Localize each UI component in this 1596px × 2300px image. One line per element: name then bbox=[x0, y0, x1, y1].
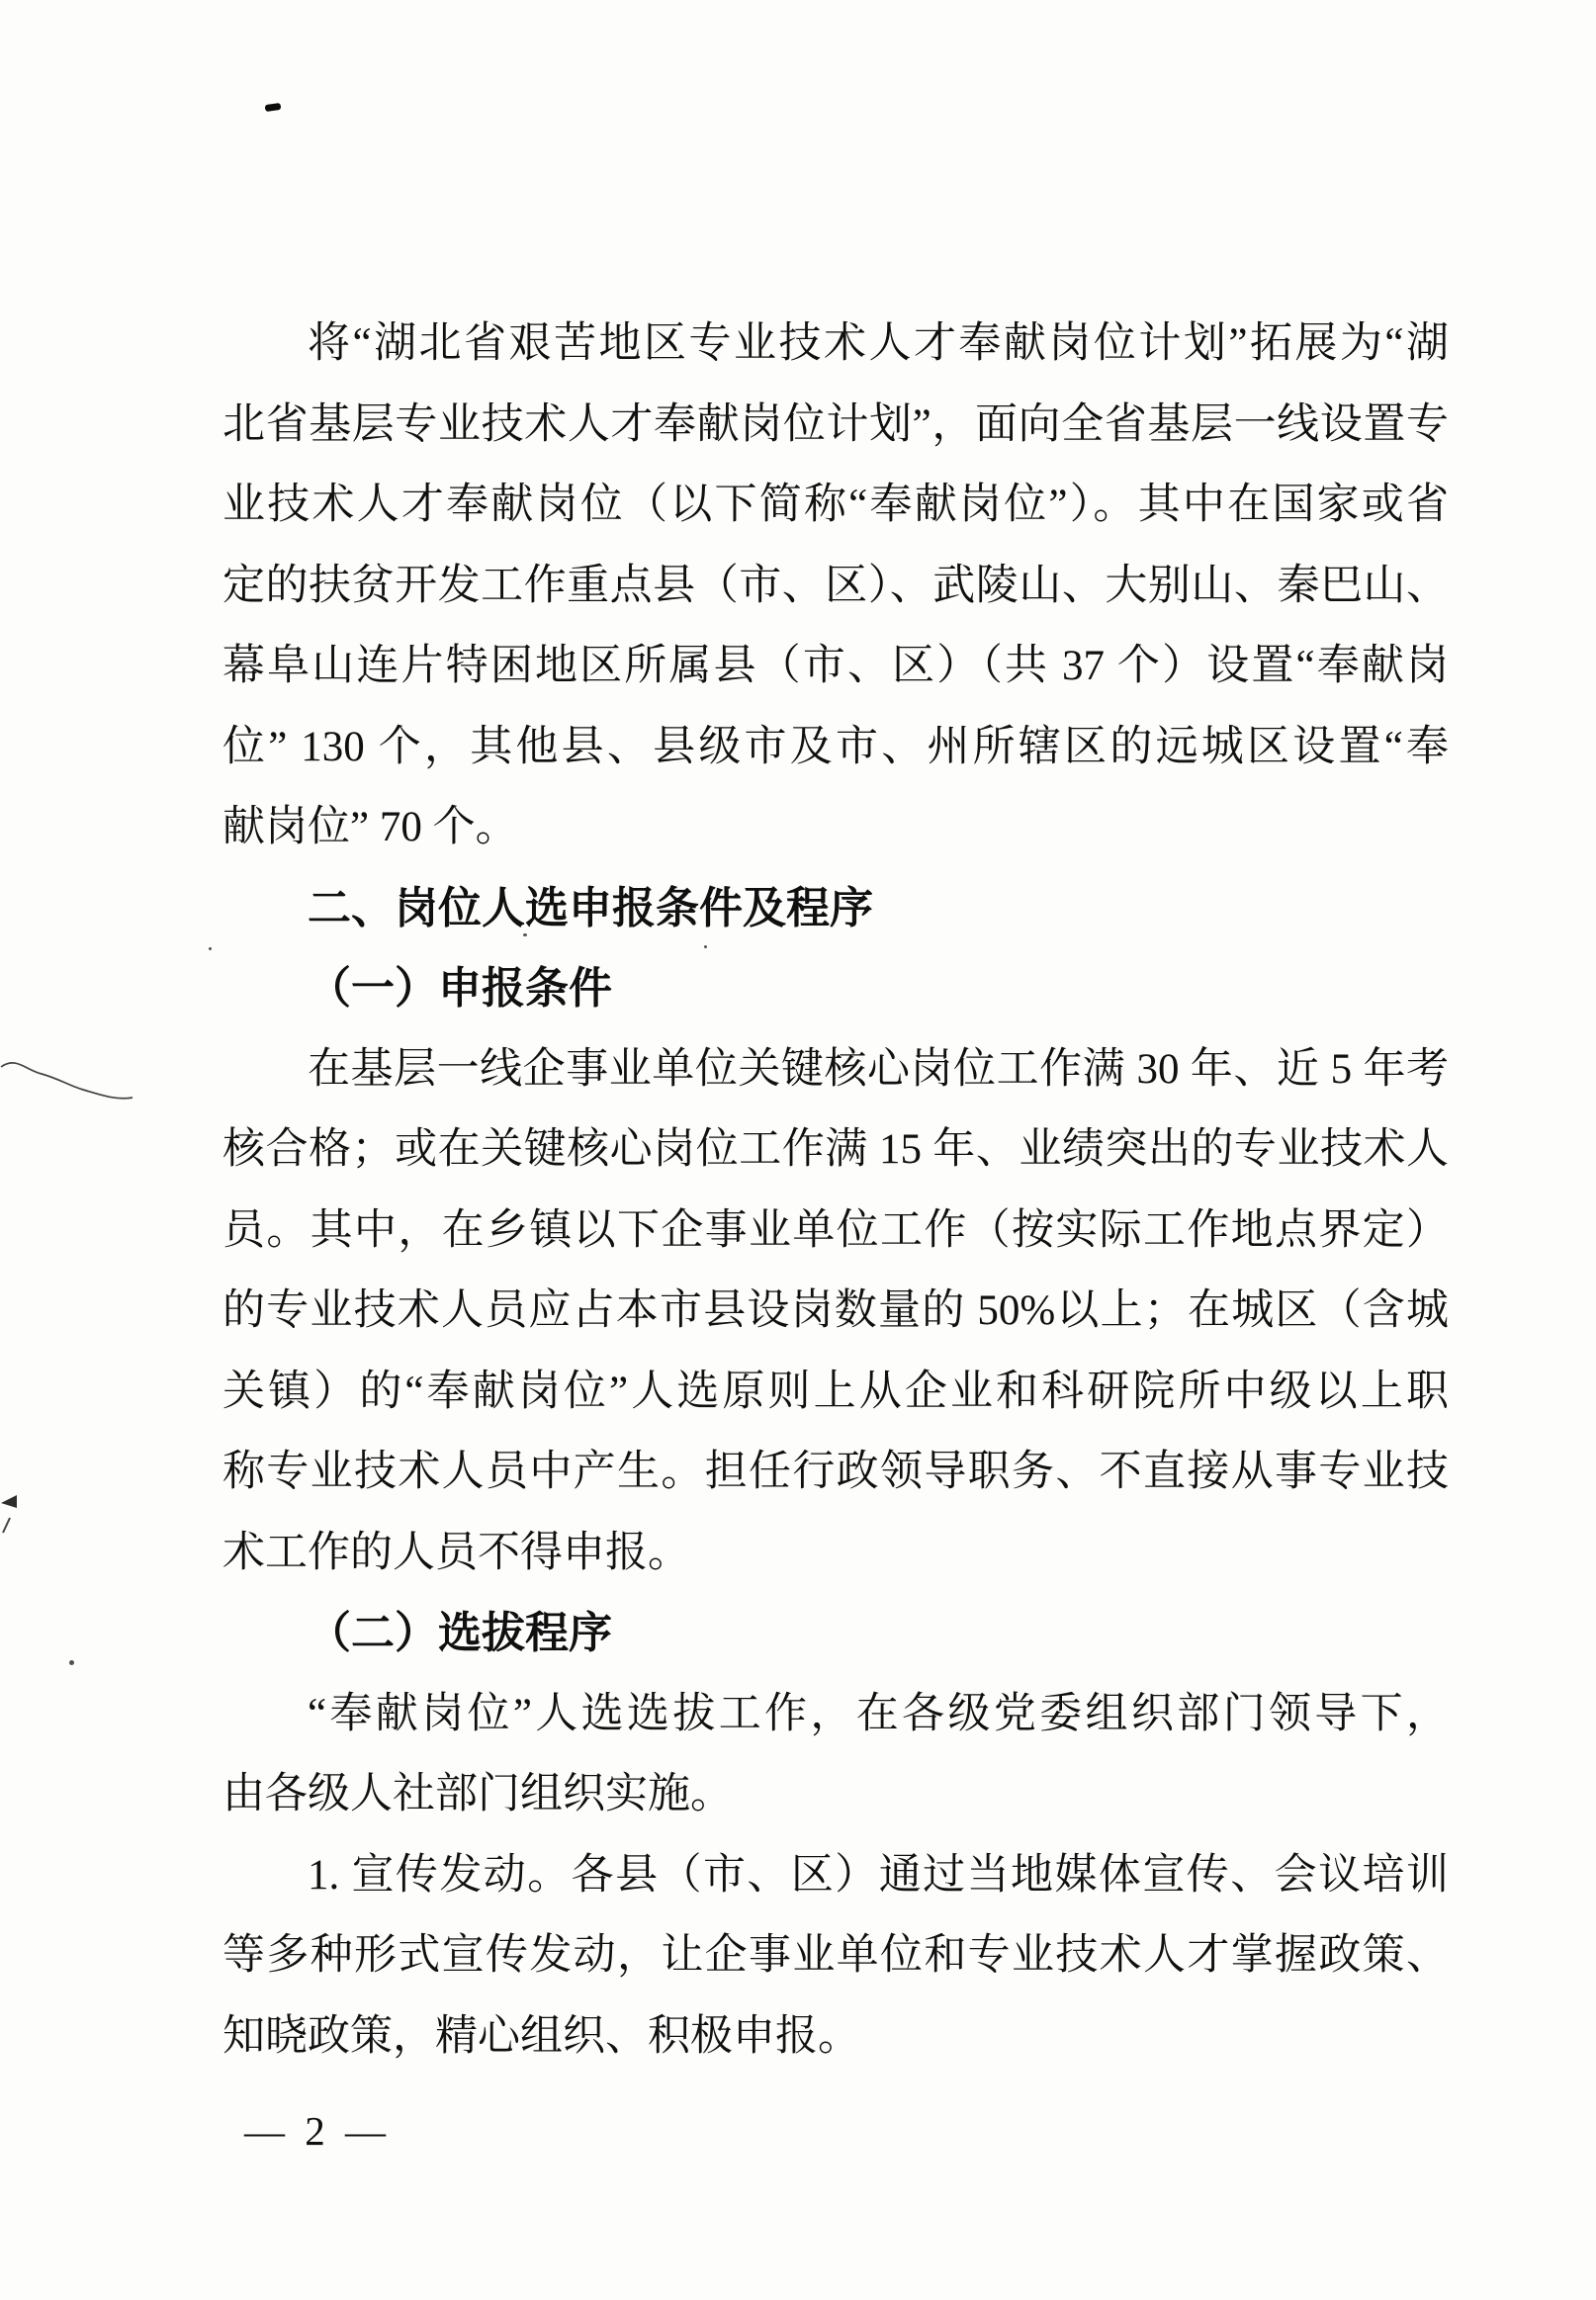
text-line: 1. 宣传发动。各县（市、区）通过当地媒体宣传、会议培训 bbox=[222, 1835, 1449, 1916]
text-line: “奉献岗位”人选选拔工作，在各级党委组织部门领导下， bbox=[222, 1674, 1449, 1755]
text-line: 业技术人才奉献岗位（以下简称“奉献岗位”）。其中在国家或省 bbox=[222, 465, 1449, 546]
text-line: 由各级人社部门组织实施。 bbox=[222, 1754, 1449, 1835]
scan-artifact-dash bbox=[265, 103, 282, 112]
text-line: 的专业技术人员应占本市县设岗数量的 50%以上；在城区（含城 bbox=[222, 1271, 1449, 1352]
text-line: 献岗位” 70 个。 bbox=[222, 787, 1449, 868]
text-line: 将“湖北省艰苦地区专业技术人才奉献岗位计划”拓展为“湖 bbox=[222, 304, 1449, 385]
text-line: 等多种形式宣传发动，让企事业单位和专业技术人才掌握政策、 bbox=[222, 1915, 1449, 1996]
text-line: 术工作的人员不得申报。 bbox=[222, 1513, 1449, 1594]
scanned-document-page: 将“湖北省艰苦地区专业技术人才奉献岗位计划”拓展为“湖北省基层专业技术人才奉献岗… bbox=[0, 0, 1596, 2300]
text-line: 关镇）的“奉献岗位”人选原则上从企业和科研院所中级以上职 bbox=[222, 1352, 1449, 1433]
document-body: 将“湖北省艰苦地区专业技术人才奉献岗位计划”拓展为“湖北省基层专业技术人才奉献岗… bbox=[222, 304, 1449, 2077]
text-line: 核合格；或在关键核心岗位工作满 15 年、业绩突出的专业技术人 bbox=[222, 1109, 1449, 1191]
text-line: （二）选拔程序 bbox=[222, 1593, 1449, 1674]
text-line: 北省基层专业技术人才奉献岗位计划”，面向全省基层一线设置专 bbox=[222, 385, 1449, 466]
text-line: 定的扶贫开发工作重点县（市、区）、武陵山、大别山、秦巴山、 bbox=[222, 546, 1449, 627]
scan-artifact-squiggle-line bbox=[0, 1054, 136, 1109]
scan-artifact-speck bbox=[209, 947, 212, 950]
text-line: （一）申报条件 bbox=[222, 948, 1449, 1029]
text-line: 员。其中，在乡镇以下企事业单位工作（按实际工作地点界定） bbox=[222, 1191, 1449, 1272]
text-line: 称专业技术人员中产生。担任行政领导职务、不直接从事专业技 bbox=[222, 1432, 1449, 1513]
text-line: 知晓政策，精心组织、积极申报。 bbox=[222, 1996, 1449, 2078]
text-line: 二、岗位人选申报条件及程序 bbox=[222, 868, 1449, 949]
text-line: 在基层一线企事业单位关键核心岗位工作满 30 年、近 5 年考 bbox=[222, 1029, 1449, 1110]
text-line: 幕阜山连片特困地区所属县（市、区）（共 37 个）设置“奉献岗 bbox=[222, 626, 1449, 707]
text-line: 位” 130 个，其他县、县级市及市、州所辖区的远城区设置“奉 bbox=[222, 707, 1449, 788]
scan-artifact-speck bbox=[69, 1660, 74, 1665]
page-number: — 2 — bbox=[244, 2090, 391, 2171]
scan-artifact-tick-mark bbox=[0, 1494, 20, 1536]
